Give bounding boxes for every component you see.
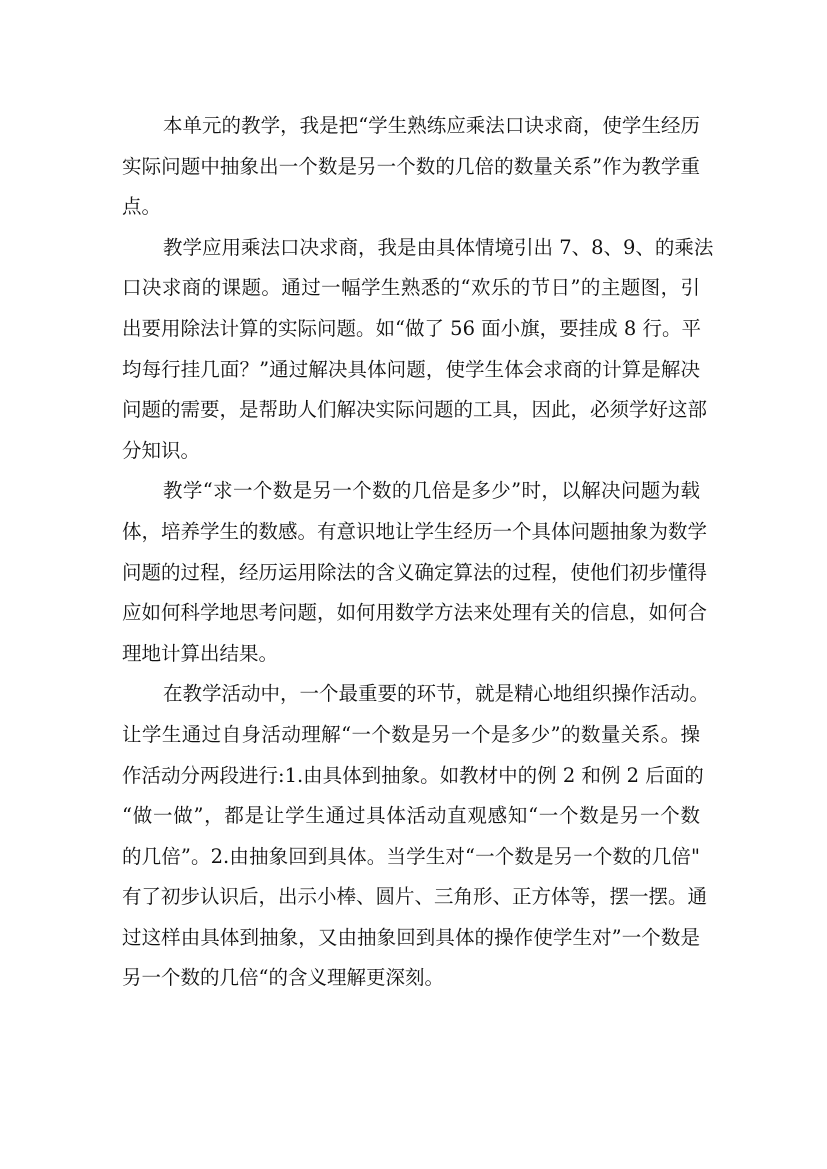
- text-line: 点。: [122, 187, 700, 228]
- text-line: 在教学活动中，一个最重要的环节，就是精心地组织操作活动。: [122, 674, 700, 715]
- text-line: 教学“求一个数是另一个数的几倍是多少”时，以解决问题为载: [122, 471, 700, 512]
- paragraph-1: 本单元的教学，我是把“学生熟练应乘法口诀求商，使学生经历 实际问题中抽象出一个数…: [122, 106, 712, 228]
- text-line: 均每行挂几面？”通过解决具体问题，使学生体会求商的计算是解决: [122, 350, 700, 391]
- text-line: 理地计算出结果。: [122, 634, 700, 675]
- text-line: 应如何科学地思考问题，如何用数学方法来处理有关的信息，如何合: [122, 593, 700, 634]
- text-line: 的几倍”。2.由抽象回到具体。当学生对“一个数是另一个数的几倍": [122, 837, 700, 878]
- text-line: 实际问题中抽象出一个数是另一个数的几倍的数量关系”作为教学重: [122, 147, 700, 188]
- text-line: 另一个数的几倍“的含义理解更深刻。: [122, 958, 700, 999]
- document-page: 本单元的教学，我是把“学生熟练应乘法口诀求商，使学生经历 实际问题中抽象出一个数…: [0, 0, 827, 1169]
- text-line: 本单元的教学，我是把“学生熟练应乘法口诀求商，使学生经历: [122, 106, 700, 147]
- text-line: 体，培养学生的数感。有意识地让学生经历一个具体问题抽象为数学: [122, 512, 700, 553]
- text-line: 作活动分两段进行:1.由具体到抽象。如教材中的例 2 和例 2 后面的: [122, 756, 700, 797]
- text-line: 分知识。: [122, 431, 700, 472]
- text-line: 问题的需要，是帮助人们解决实际问题的工具，因此，必须学好这部: [122, 390, 700, 431]
- text-line: 出要用除法计算的实际问题。如“做了 56 面小旗，要挂成 8 行。平: [122, 309, 700, 350]
- text-line: “做一做”，都是让学生通过具体活动直观感知“一个数是另一个数: [122, 796, 700, 837]
- text-line: 过这样由具体到抽象，又由抽象回到具体的操作使学生对”一个数是: [122, 918, 700, 959]
- paragraph-2: 教学应用乘法口决求商，我是由具体情境引出 7、8、9、的乘法 口决求商的课题。通…: [122, 228, 712, 472]
- paragraph-4: 在教学活动中，一个最重要的环节，就是精心地组织操作活动。 让学生通过自身活动理解…: [122, 674, 712, 999]
- text-line: 让学生通过自身活动理解“一个数是另一个是多少”的数量关系。操: [122, 715, 700, 756]
- text-line: 问题的过程，经历运用除法的含义确定算法的过程，使他们初步懂得: [122, 553, 700, 594]
- text-line: 口决求商的课题。通过一幅学生熟悉的“欢乐的节日”的主题图，引: [122, 268, 700, 309]
- document-body: 本单元的教学，我是把“学生熟练应乘法口诀求商，使学生经历 实际问题中抽象出一个数…: [122, 106, 712, 999]
- text-line: 教学应用乘法口决求商，我是由具体情境引出 7、8、9、的乘法: [122, 228, 700, 269]
- text-line: 有了初步认识后，出示小棒、圆片、三角形、正方体等，摆一摆。通: [122, 877, 700, 918]
- paragraph-3: 教学“求一个数是另一个数的几倍是多少”时，以解决问题为载 体，培养学生的数感。有…: [122, 471, 712, 674]
